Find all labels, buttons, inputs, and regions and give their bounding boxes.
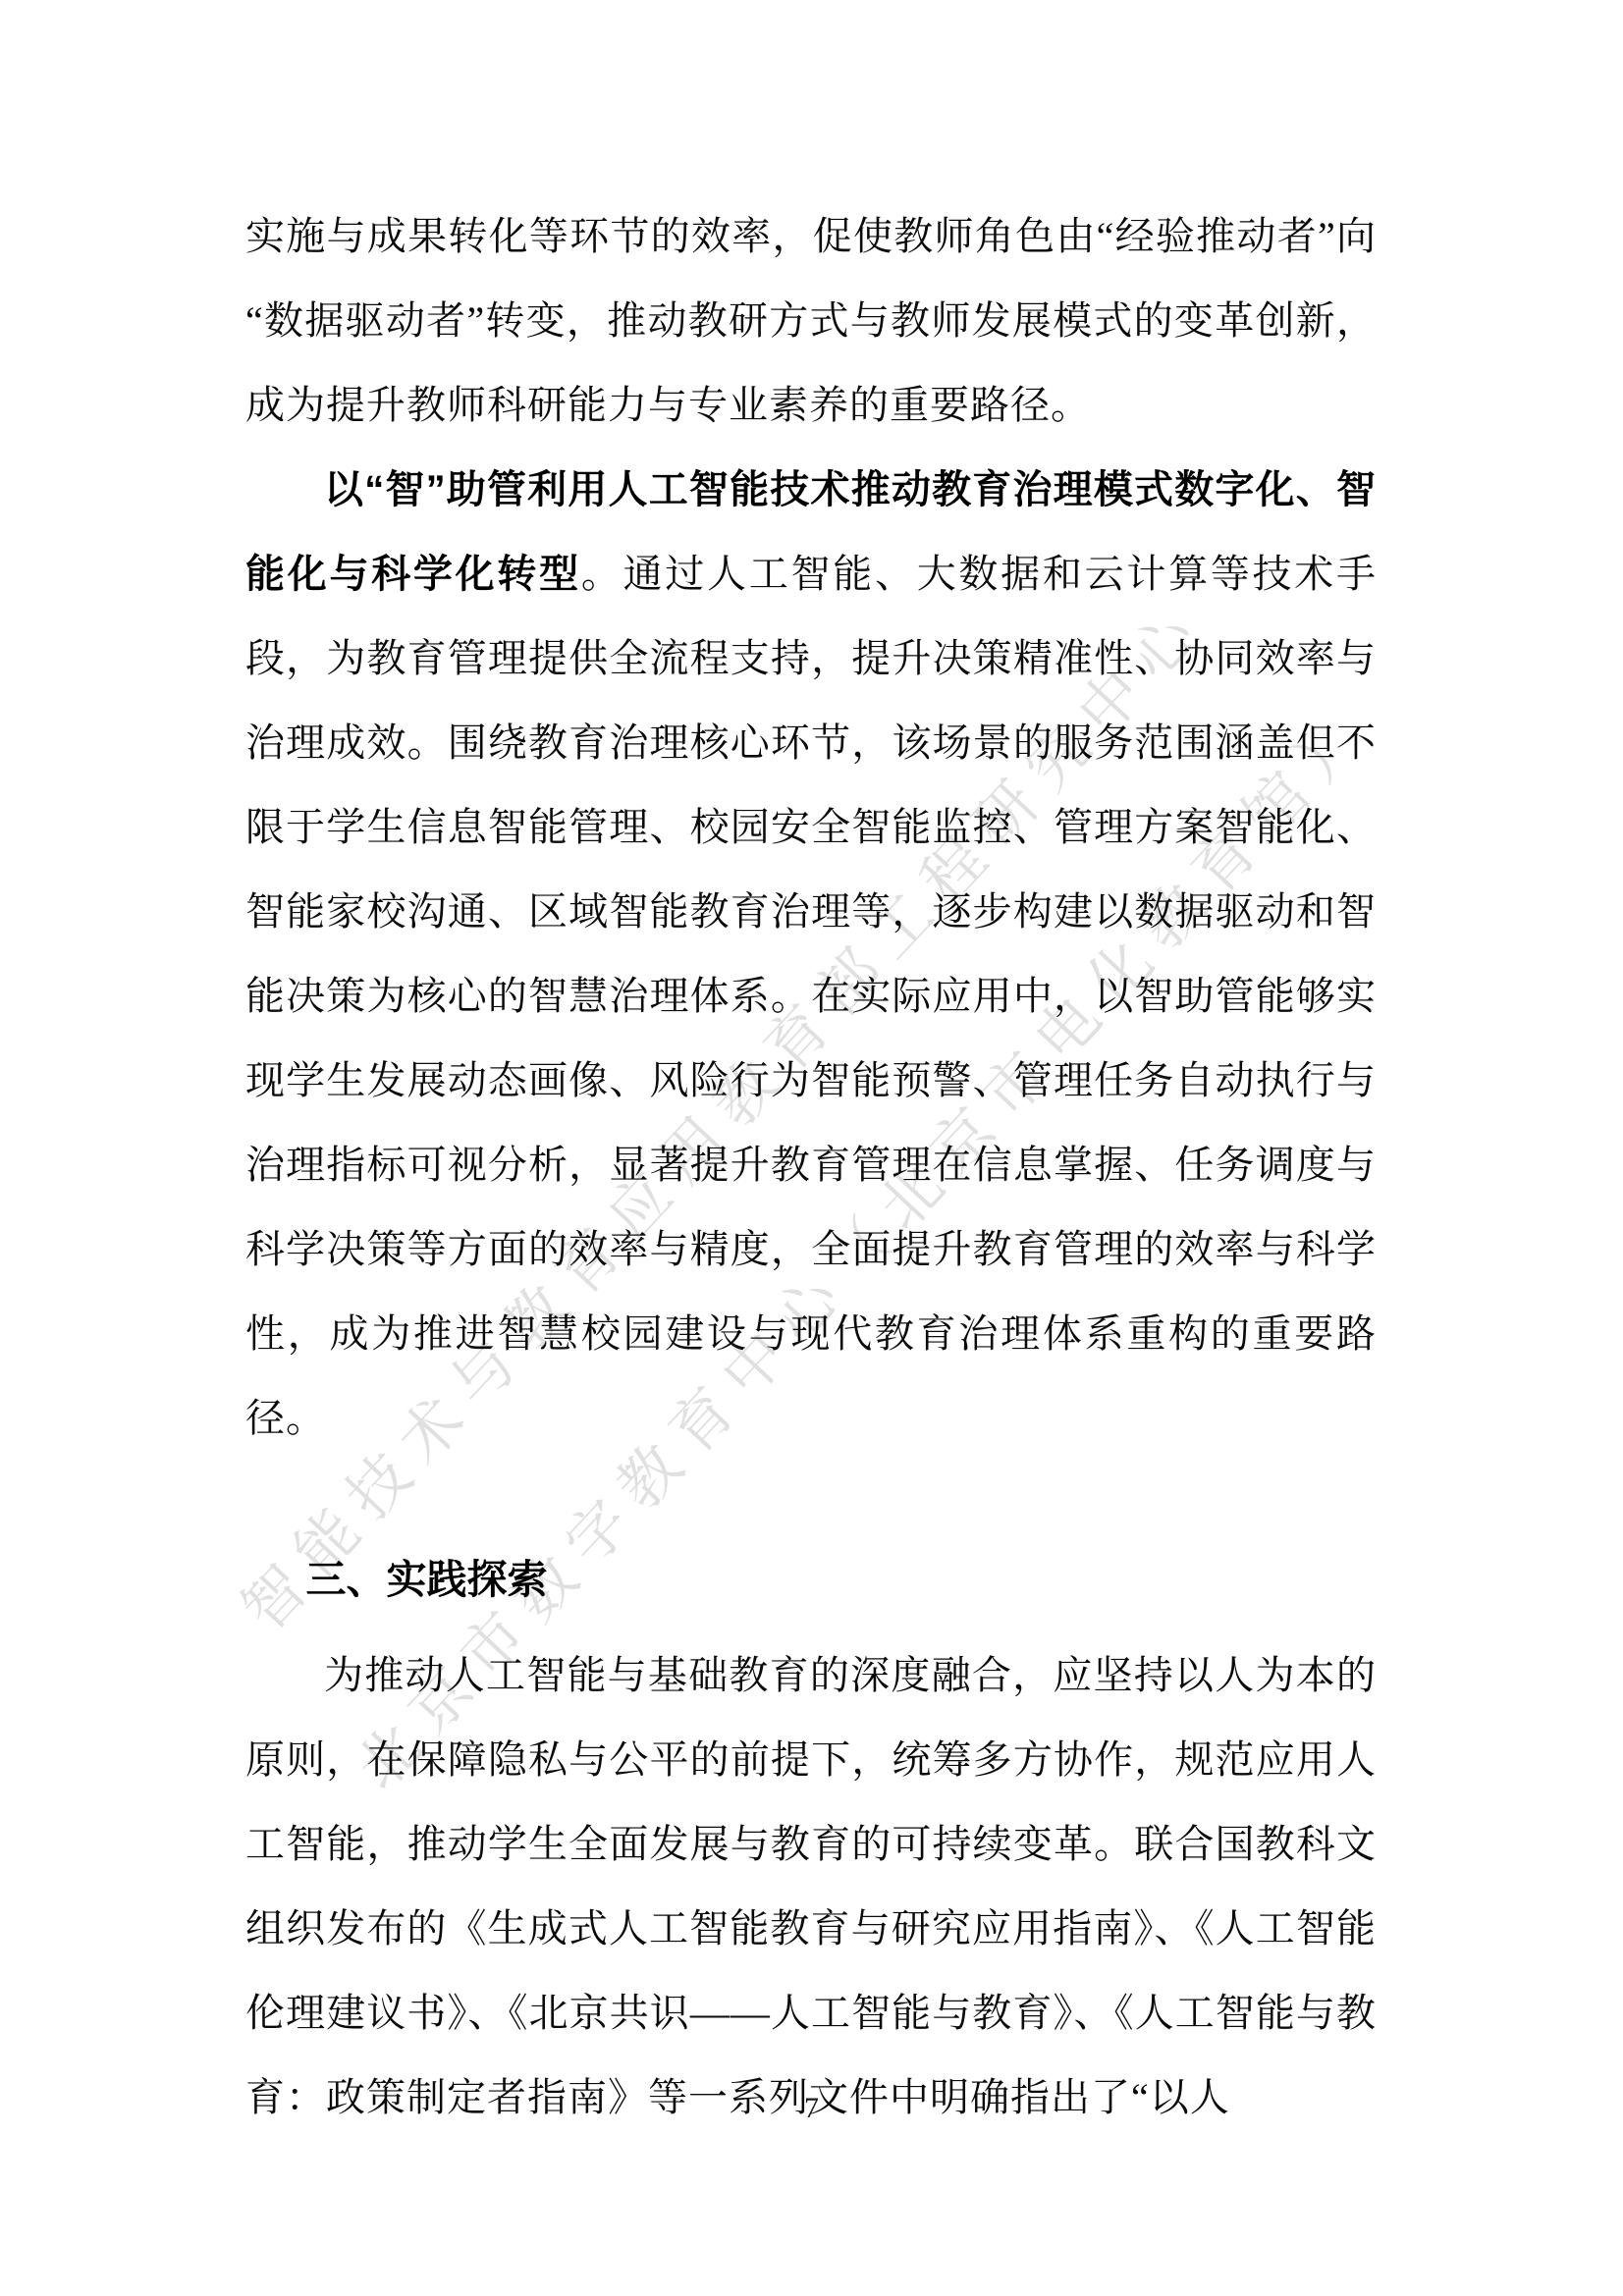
paragraph-teacher-research-continuation: 实施与成果转化等环节的效率，促使教师角色由“经验推动者”向“数据驱动者”转变，推… bbox=[245, 194, 1377, 448]
paragraph-ai-governance-body: 。通过人工智能、大数据和云计算等技术手段，为教育管理提供全流程支持，提升决策精准… bbox=[245, 552, 1377, 1440]
document-page: 智能技术与教育应用教育部工程研究中心 北京市数字教育中心（北京市电化教育馆） 实… bbox=[0, 0, 1623, 2296]
paragraph-ai-governance: 以“智”助管利用人工智能技术推动教育治理模式数字化、智能化与科学化转型。通过人工… bbox=[245, 448, 1377, 1461]
paragraph-practice-intro: 为推动人工智能与基础教育的深度融合，应坚持以人为本的原则，在保障隐私与公平的前提… bbox=[245, 1633, 1377, 2140]
page-content: 实施与成果转化等环节的效率，促使教师角色由“经验推动者”向“数据驱动者”转变，推… bbox=[245, 194, 1377, 2140]
page-number: 7 bbox=[0, 2089, 1623, 2128]
section-heading-practice-exploration: 三、实践探索 bbox=[245, 1537, 1377, 1622]
